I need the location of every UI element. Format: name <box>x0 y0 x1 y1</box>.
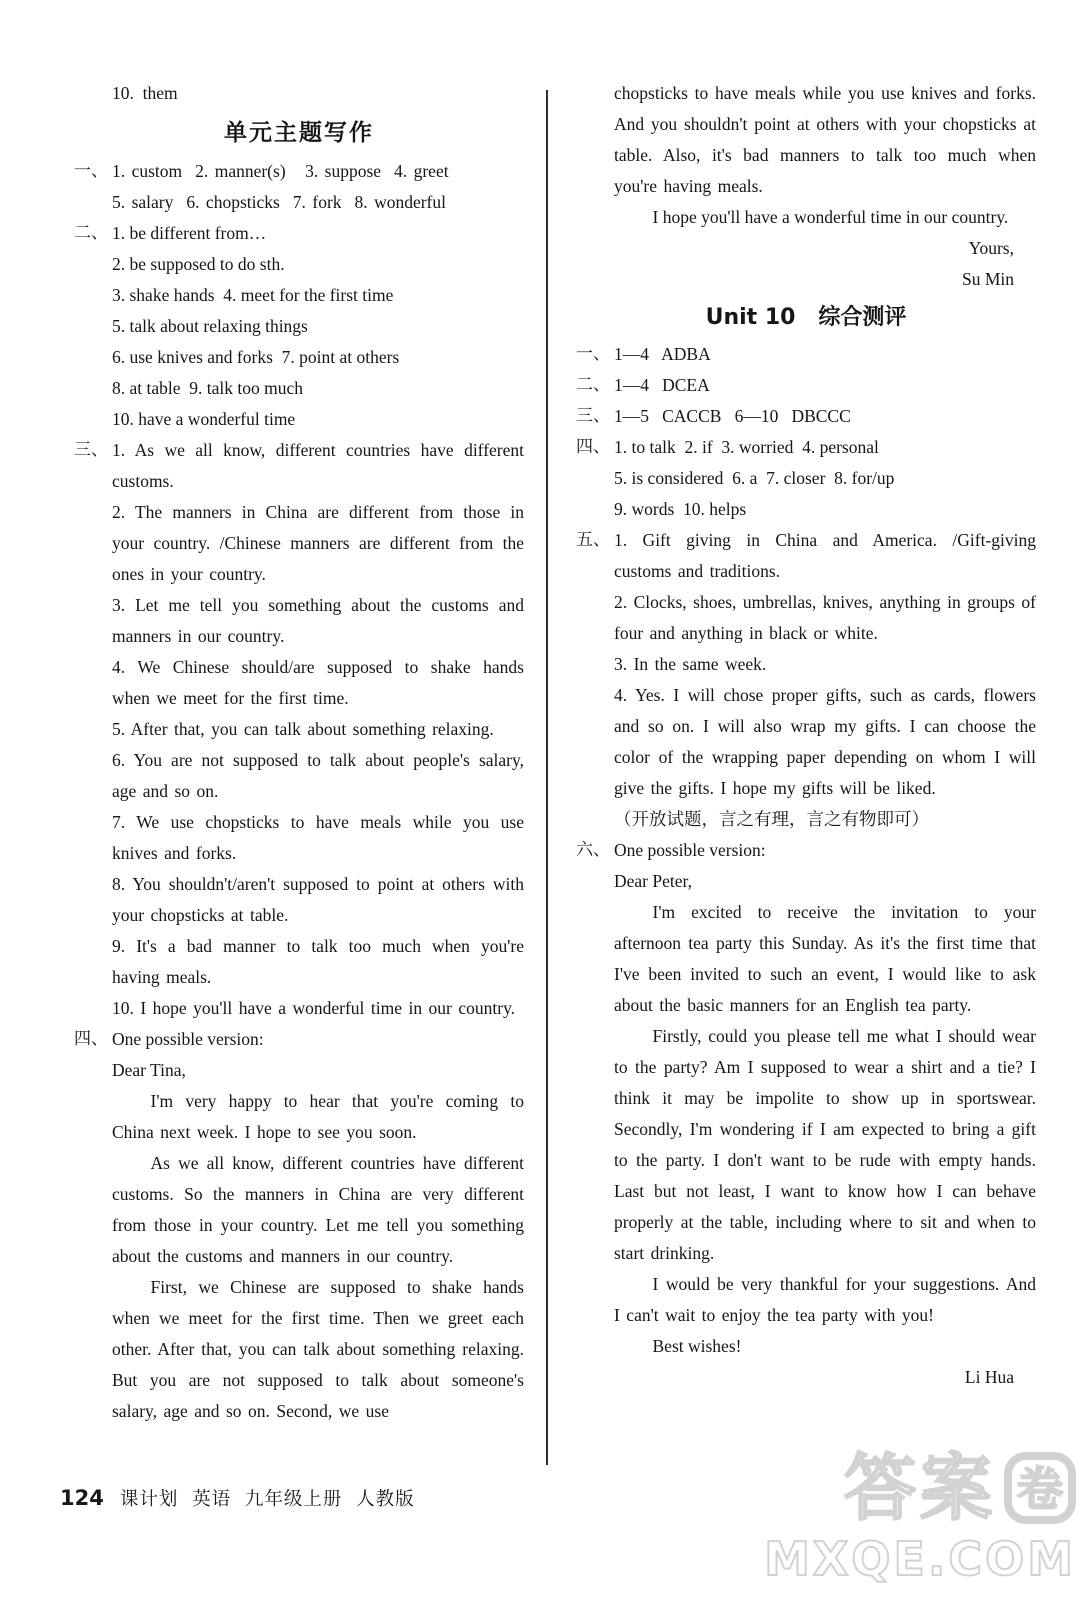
section-four-marker: 四、 <box>74 1024 108 1055</box>
answer-line: 1. be different from… <box>112 218 524 249</box>
answer-line: 8. at table 9. talk too much <box>112 373 524 404</box>
answer-item: 10. I hope you'll have a wonderful time … <box>112 993 524 1024</box>
carryover-item: 10. them <box>74 78 524 109</box>
possible-version-label: One possible version: <box>112 1024 524 1055</box>
answer-item: 2. Clocks, shoes, umbrellas, knives, any… <box>614 587 1036 649</box>
letter-paragraph: I would be very thankful for your sugges… <box>614 1269 1036 1331</box>
answer-item: 4. We Chinese should/are supposed to sha… <box>112 652 524 714</box>
letter-signature: Su Min <box>614 264 1036 295</box>
writing-section-heading: 单元主题写作 <box>74 114 524 152</box>
letter-paragraph: I'm very happy to hear that you're comin… <box>112 1086 524 1148</box>
answer-item: 2. The manners in China are different fr… <box>112 497 524 590</box>
letter-paragraph: As we all know, different countries have… <box>112 1148 524 1272</box>
answer-item: 5. After that, you can talk about someth… <box>112 714 524 745</box>
column-divider <box>546 90 548 1465</box>
watermark: 答案卷 MXQE.COM <box>764 1452 1076 1582</box>
section-two: 二、 1. be different from… 2. be supposed … <box>74 218 524 435</box>
answer-line: 3. shake hands 4. meet for the first tim… <box>112 280 524 311</box>
letter-paragraph: I'm excited to receive the invitation to… <box>614 897 1036 1021</box>
answer-line: 10. have a wonderful time <box>112 404 524 435</box>
answer-line: 1. to talk 2. if 3. worried 4. personal <box>614 432 1036 463</box>
answer-item: 6. You are not supposed to talk about pe… <box>112 745 524 807</box>
answer-key-line: 1—4 DCEA <box>614 370 1036 401</box>
right-column: chopsticks to have meals while you use k… <box>576 78 1036 1393</box>
answer-section-five-marker: 五、 <box>576 525 610 556</box>
answer-line: 2. be supposed to do sth. <box>112 249 524 280</box>
letter-salutation: Dear Tina, <box>112 1055 524 1086</box>
answer-line: 5. talk about relaxing things <box>112 311 524 342</box>
answer-section-one-marker: 一、 <box>576 339 610 370</box>
answer-key-line: 1—4 ADBA <box>614 339 1036 370</box>
watermark-brand-text: 答案 <box>844 1446 996 1530</box>
answer-key-line: 1—5 CACCB 6—10 DBCCC <box>614 401 1036 432</box>
answer-item: 1. As we all know, different countries h… <box>112 435 524 497</box>
answer-section-five: 五、 1. Gift giving in China and America. … <box>576 525 1036 835</box>
answer-section-two: 二、 1—4 DCEA <box>576 370 1036 401</box>
answer-line: 1. custom 2. manner(s) 3. suppose 4. gre… <box>112 156 524 187</box>
letter-closing: Best wishes! <box>614 1331 1036 1362</box>
letter-valediction: Yours, <box>614 233 1036 264</box>
answer-section-three-marker: 三、 <box>576 401 610 432</box>
letter-paragraph: chopsticks to have meals while you use k… <box>614 78 1036 202</box>
book-info: 课计划 英语 九年级上册 人教版 <box>120 1489 415 1510</box>
letter-paragraph: I hope you'll have a wonderful time in o… <box>614 202 1036 233</box>
letter-salutation: Dear Peter, <box>614 866 1036 897</box>
answer-section-four-marker: 四、 <box>576 432 610 463</box>
answer-item: 7. We use chopsticks to have meals while… <box>112 807 524 869</box>
watermark-site-text: MXQE.COM <box>764 1536 1076 1582</box>
answer-section-four: 四、 1. to talk 2. if 3. worried 4. person… <box>576 432 1036 525</box>
section-three-marker: 三、 <box>74 435 108 466</box>
letter-paragraph: Firstly, could you please tell me what I… <box>614 1021 1036 1269</box>
answer-line: 5. salary 6. chopsticks 7. fork 8. wonde… <box>112 187 524 218</box>
answer-item: 8. You shouldn't/aren't supposed to poin… <box>112 869 524 931</box>
left-column: 10. them 单元主题写作 一、 1. custom 2. manner(s… <box>74 78 524 1427</box>
unit-test-heading: Unit 10 综合测评 <box>576 300 1036 336</box>
page-number: 124 <box>60 1486 104 1510</box>
answer-item: 4. Yes. I will chose proper gifts, such … <box>614 680 1036 804</box>
answer-item: 9. It's a bad manner to talk too much wh… <box>112 931 524 993</box>
answer-line: 5. is considered 6. a 7. closer 8. for/u… <box>614 463 1036 494</box>
answer-note-cn: （开放试题，言之有理，言之有物即可） <box>614 804 1036 835</box>
answer-item: 1. Gift giving in China and America. /Gi… <box>614 525 1036 587</box>
section-two-marker: 二、 <box>74 218 108 249</box>
answer-line: 6. use knives and forks 7. point at othe… <box>112 342 524 373</box>
page-footer: 124课计划 英语 九年级上册 人教版 <box>60 1483 415 1515</box>
answer-section-three: 三、 1—5 CACCB 6—10 DBCCC <box>576 401 1036 432</box>
watermark-logo: 答案卷 <box>764 1452 1076 1524</box>
letter-paragraph: First, we Chinese are supposed to shake … <box>112 1272 524 1427</box>
answer-section-two-marker: 二、 <box>576 370 610 401</box>
letter-continuation: chopsticks to have meals while you use k… <box>576 78 1036 295</box>
section-four: 四、 One possible version: Dear Tina, I'm … <box>74 1024 524 1427</box>
letter-signature: Li Hua <box>614 1362 1036 1393</box>
answer-section-six-marker: 六、 <box>576 835 610 866</box>
watermark-badge-icon: 卷 <box>1004 1452 1076 1524</box>
possible-version-label: One possible version: <box>614 835 1036 866</box>
answer-line: 9. words 10. helps <box>614 494 1036 525</box>
answer-section-six: 六、 One possible version: Dear Peter, I'm… <box>576 835 1036 1393</box>
answer-item: 3. In the same week. <box>614 649 1036 680</box>
answer-item: 3. Let me tell you something about the c… <box>112 590 524 652</box>
answer-section-one: 一、 1—4 ADBA <box>576 339 1036 370</box>
section-one-marker: 一、 <box>74 156 108 187</box>
section-three: 三、 1. As we all know, different countrie… <box>74 435 524 1024</box>
section-one: 一、 1. custom 2. manner(s) 3. suppose 4. … <box>74 156 524 218</box>
